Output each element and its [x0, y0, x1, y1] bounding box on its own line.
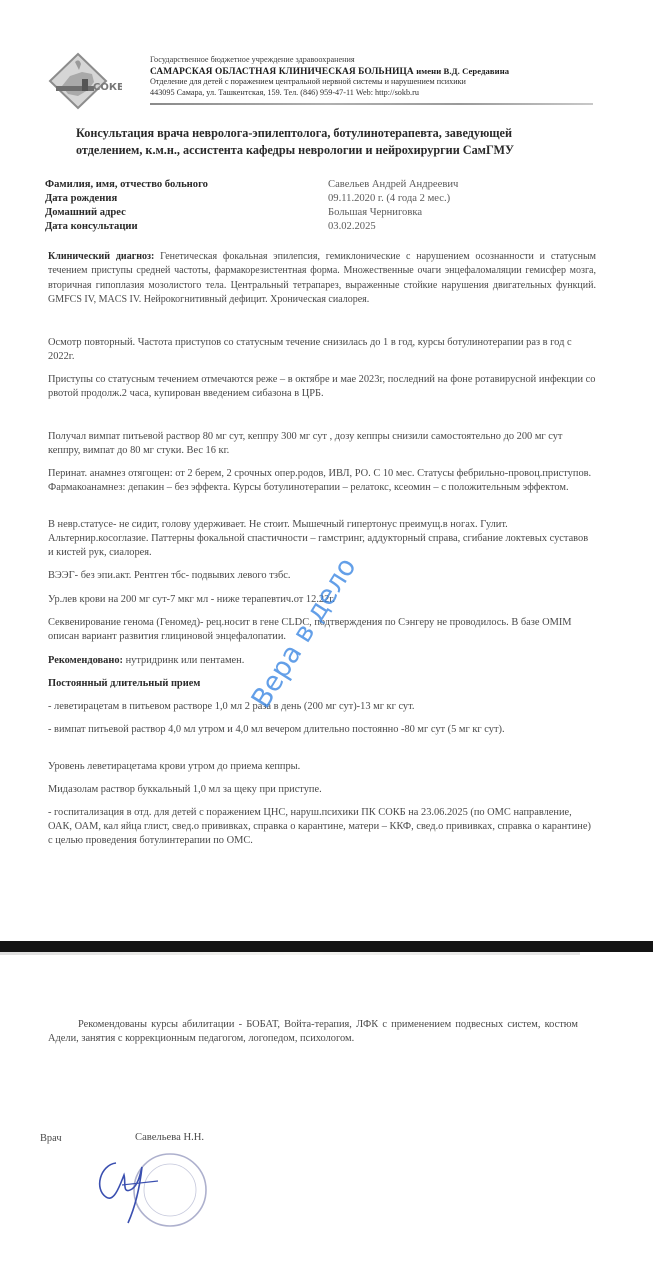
eeg-paragraph: ВЭЭГ- без эпи.акт. Рентген тбс- подвывих… [48, 569, 596, 583]
svg-text:СОКБ: СОКБ [93, 82, 122, 93]
org-type: Государственное бюджетное учреждение здр… [150, 55, 610, 66]
level-check-item: Уровень леветирацетама крови утром до пр… [48, 760, 596, 774]
hospitalization-item: - госпитализация в отд. для детей с пора… [48, 806, 596, 849]
department: Отделение для детей с поражением централ… [150, 77, 610, 88]
hospital-name: САМАРСКАЯ ОБЛАСТНАЯ КЛИНИЧЕСКАЯ БОЛЬНИЦА… [150, 66, 610, 78]
midazolam-item: Мидазолам раствор буккальный 1,0 мл за щ… [48, 783, 596, 797]
birth-date-row: Дата рождения 09.11.2020 г. (4 года 2 ме… [45, 192, 605, 206]
header-divider [150, 103, 593, 105]
address-row: Домашний адрес Большая Черниговка [45, 206, 605, 220]
exam-paragraph: Осмотр повторный. Частота приступов со с… [48, 336, 596, 364]
patient-info: Фамилия, имя, отчество больного Савельев… [45, 178, 605, 234]
letterhead: Государственное бюджетное учреждение здр… [150, 55, 610, 98]
doctor-name: Савельева Н.Н. [135, 1132, 204, 1143]
consultation-date-row: Дата консультации 03.02.2025 [45, 220, 605, 234]
document-title: Консультация врача невролога-эпилептолог… [76, 125, 596, 158]
neuro-status-paragraph: В невр.статусе- не сидит, голову удержив… [48, 518, 596, 561]
blood-level-paragraph: Ур.лев крови на 200 мг сут-7 мкг мл - ни… [48, 593, 596, 607]
document-page: СОКБ Государственное бюджетное учреждени… [0, 0, 653, 1280]
hospital-address: 443095 Самара, ул. Ташкентская, 159. Тел… [150, 88, 610, 99]
clinical-diagnosis: Клинический диагноз: Генетическая фокаль… [48, 250, 596, 307]
recommended-paragraph: Рекомендовано: нутридринк или пентамен. [48, 654, 596, 668]
seizures-paragraph: Приступы со статусным течением отмечаютс… [48, 373, 596, 401]
medications-paragraph: Получал вимпат питьевой раствор 80 мг су… [48, 430, 596, 458]
long-term-heading: Постоянный длительный прием [48, 677, 596, 691]
genome-paragraph: Секвенирование генома (Геномед)- рец.нос… [48, 616, 596, 644]
patient-name-row: Фамилия, имя, отчество больного Савельев… [45, 178, 605, 192]
signature-stamp-icon [80, 1145, 210, 1235]
habilitation-paragraph: Рекомендованы курсы абилитации - БОБАТ, … [48, 1018, 578, 1046]
hospital-logo-icon: СОКБ [48, 52, 122, 110]
anamnesis-paragraph: Перинат. анамнез отягощен: от 2 берем, 2… [48, 467, 596, 495]
levetiracetam-item: - леветирацетам в питьевом растворе 1,0 … [48, 700, 596, 714]
page-separator [0, 941, 653, 952]
page-edge [0, 952, 580, 955]
doctor-role: Врач [40, 1133, 62, 1144]
vimpat-item: - вимпат питьевой раствор 4,0 мл утром и… [48, 723, 596, 737]
